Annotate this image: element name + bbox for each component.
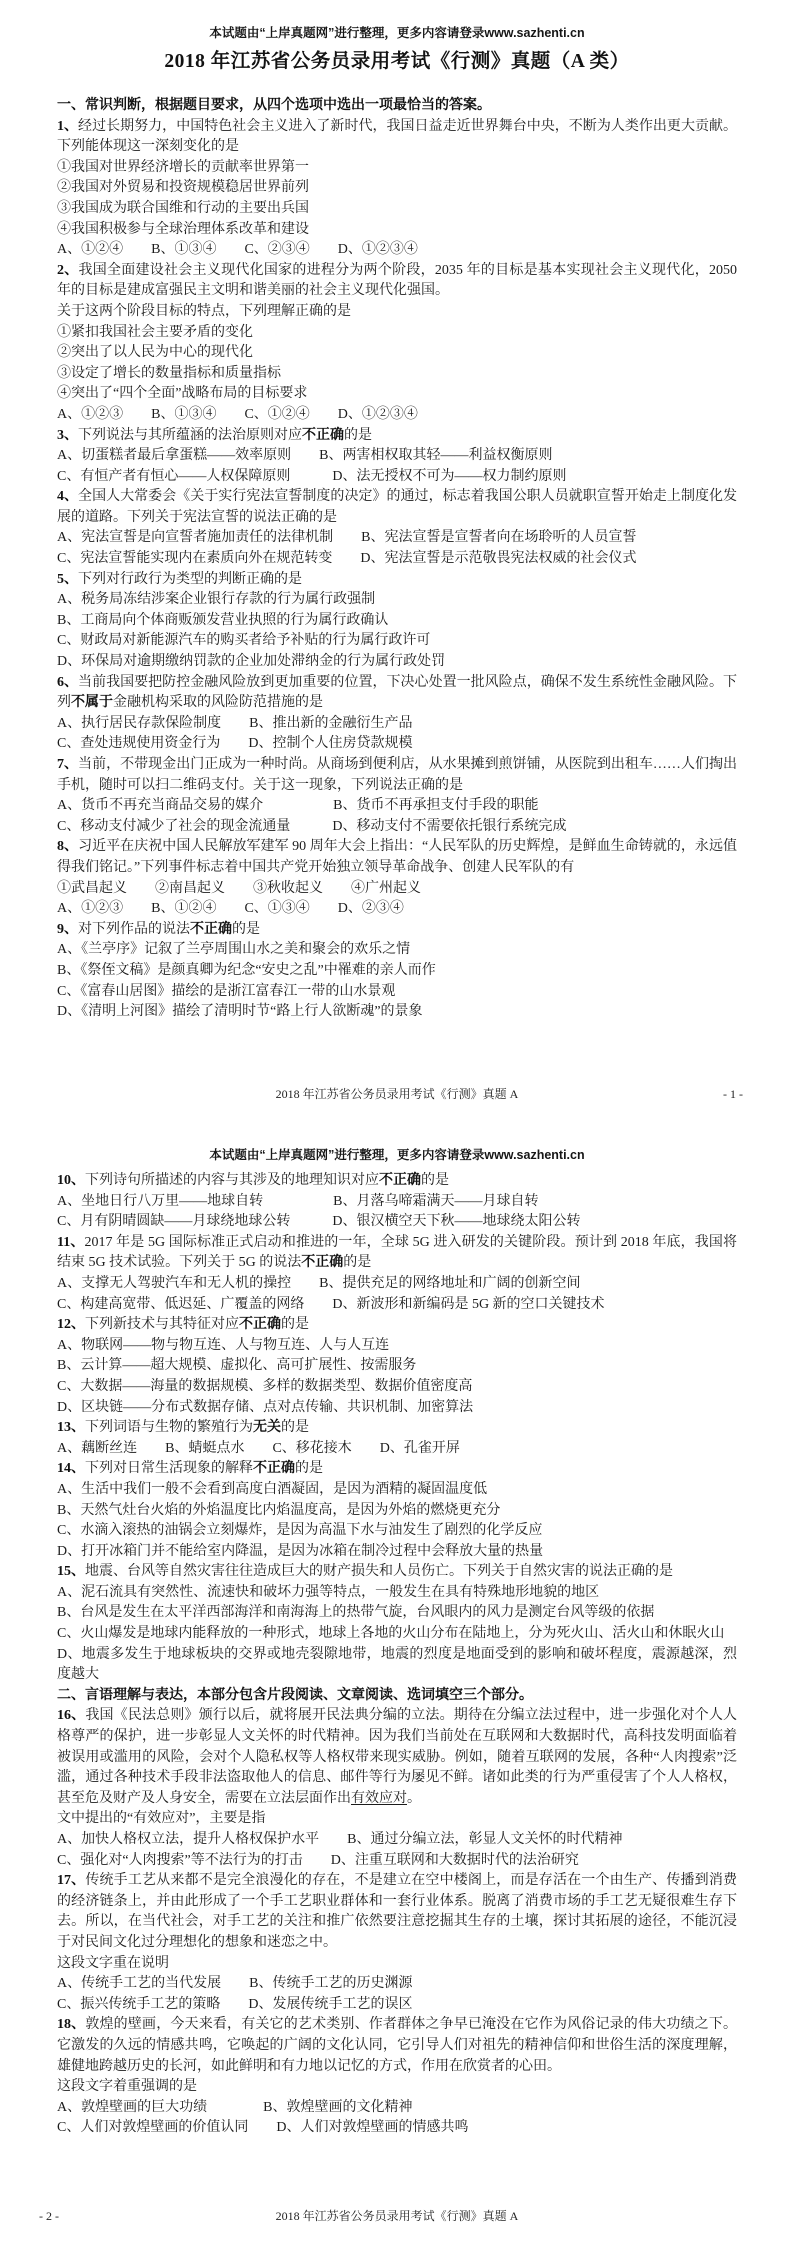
exam-document: 本试题由“上岸真题网”进行整理，更多内容请登录www.sazhenti.cn 2… [0, 0, 794, 2244]
text-segment: D、《清明上河图》描绘了清明时节“路上行人欲断魂”的景象 [57, 1004, 423, 1019]
text-segment: B、工商局向个体商贩颁发营业执照的行为属行政确认 [57, 613, 388, 628]
question-line: ④我国积极参与全球治理体系改革和建设 [57, 220, 737, 241]
question-line: A、货币不再充当商品交易的媒介 B、货币不再承担支付手段的职能 [57, 796, 737, 817]
question-line: C、构建高宽带、低迟延、广覆盖的网络 D、新波形和新编码是 5G 新的空口关键技… [57, 1295, 737, 1316]
text-segment: C、构建高宽带、低迟延、广覆盖的网络 D、新波形和新编码是 5G 新的空口关键技… [57, 1297, 605, 1312]
question-line: A、支撑无人驾驶汽车和无人机的操控 B、提供充足的网络地址和广阔的创新空间 [57, 1274, 737, 1295]
page-number-1: - 1 - [723, 1087, 743, 1102]
text-segment: 下列词语与生物的繁殖行为 [85, 1420, 253, 1435]
question-line: A、藕断丝连 B、蜻蜓点水 C、移花接木 D、孔雀开屏 [57, 1439, 737, 1460]
text-segment: 不正确 [302, 428, 344, 443]
text-segment: 不属于 [71, 695, 113, 710]
text-segment: 金融机构采取的风险防范措施的是 [113, 695, 323, 710]
text-segment: 2、 [57, 263, 79, 278]
question-line: C、大数据——海量的数据规模、多样的数据类型、数据价值密度高 [57, 1377, 737, 1398]
text-segment: 关于这两个阶段目标的特点，下列理解正确的是 [57, 304, 351, 319]
text-segment: 10、 [57, 1173, 85, 1188]
text-segment: 3、 [57, 428, 78, 443]
text-segment: 12、 [57, 1317, 85, 1332]
document-title: 2018 年江苏省公务员录用考试《行测》真题（A 类） [57, 49, 737, 75]
header-note: 本试题由“上岸真题网”进行整理，更多内容请登录www.sazhenti.cn [57, 0, 737, 40]
question-line: 1、经过长期努力，中国特色社会主义进入了新时代，我国日益走近世界舞台中央，不断为… [57, 117, 737, 158]
text-segment: 我国全面建设社会主义现代化国家的进程分为两个阶段，2035 年的目标是基本实现社… [57, 263, 737, 299]
text-segment: B、云计算——超大规模、虚拟化、高可扩展性、按需服务 [57, 1358, 416, 1373]
text-segment: 13、 [57, 1420, 85, 1435]
text-segment: 17、 [57, 1873, 85, 1888]
text-segment: D、区块链——分布式数据存储、点对点传输、共识机制、加密算法 [57, 1400, 473, 1415]
question-line: 8、习近平在庆祝中国人民解放军建军 90 周年大会上指出：“人民军队的历史辉煌，… [57, 837, 737, 878]
text-segment: 的是 [281, 1420, 309, 1435]
page-number-2: - 2 - [39, 2209, 59, 2224]
text-segment: 14、 [57, 1461, 85, 1476]
footer-title: 2018 年江苏省公务员录用考试《行测》真题 A [276, 2209, 519, 2223]
text-segment: 当前，不带现金出门正成为一种时尚。从商场到便利店，从水果摊到煎饼铺，从医院到出租… [57, 757, 737, 793]
text-segment: 1、 [57, 119, 78, 134]
question-line: A、《兰亭序》记叙了兰亭周围山水之美和聚会的欢乐之情 [57, 940, 737, 961]
text-segment: ②我国对外贸易和投资规模稳居世界前列 [57, 180, 309, 195]
text-segment: C、大数据——海量的数据规模、多样的数据类型、数据价值密度高 [57, 1379, 472, 1394]
text-segment: D、打开冰箱门并不能给室内降温，是因为冰箱在制冷过程中会释放大量的热量 [57, 1544, 543, 1559]
text-segment: A、泥石流具有突然性、流速快和破坏力强等特点，一般发生在具有特殊地形地貌的地区 [57, 1585, 599, 1600]
section-heading: 一、常识判断，根据题目要求，从四个选项中选出一项最恰当的答案。 [57, 96, 737, 117]
text-segment: C、强化对“人肉搜索”等不法行为的打击 D、注重互联网和大数据时代的法治研究 [57, 1853, 579, 1868]
question-line: A、宪法宣誓是向宣誓者施加责任的法律机制 B、宪法宣誓是宣誓者向在场聆听的人员宣… [57, 528, 737, 549]
text-segment: A、坐地日行八万里——地球自转 B、月落乌啼霜满天——月球自转 [57, 1194, 538, 1209]
text-segment: 7、 [57, 757, 78, 772]
text-segment: 9、 [57, 922, 78, 937]
question-line: ①我国对世界经济增长的贡献率世界第一 [57, 158, 737, 179]
text-segment: B、《祭侄文稿》是颜真卿为纪念“安史之乱”中罹难的亲人而作 [57, 963, 436, 978]
text-segment: C、移动支付减少了社会的现金流通量 D、移动支付不需要依托银行系统完成 [57, 819, 566, 834]
text-segment: ①武昌起义 ②南昌起义 ③秋收起义 ④广州起义 [57, 881, 421, 896]
question-line: 这段文字着重强调的是 [57, 2077, 737, 2098]
text-segment: 。 [407, 1791, 421, 1806]
question-line: A、传统手工艺的当代发展 B、传统手工艺的历史渊源 [57, 1974, 737, 1995]
text-segment: ②突出了以人民为中心的现代化 [57, 345, 253, 360]
question-line: ②我国对外贸易和投资规模稳居世界前列 [57, 178, 737, 199]
question-line: ②突出了以人民为中心的现代化 [57, 343, 737, 364]
question-line: A、坐地日行八万里——地球自转 B、月落乌啼霜满天——月球自转 [57, 1192, 737, 1213]
text-segment: A、传统手工艺的当代发展 B、传统手工艺的历史渊源 [57, 1976, 412, 1991]
question-line: ③我国成为联合国维和行动的主要出兵国 [57, 199, 737, 220]
question-line: 这段文字重在说明 [57, 1954, 737, 1975]
question-line: C、查处违规使用资金行为 D、控制个人住房贷款规模 [57, 734, 737, 755]
question-line: A、①②④ B、①③④ C、②③④ D、①②③④ [57, 240, 737, 261]
text-segment: 不正确 [190, 922, 232, 937]
question-line: A、税务局冻结涉案企业银行存款的行为属行政强制 [57, 590, 737, 611]
text-segment: 15、 [57, 1564, 85, 1579]
text-segment: 这段文字重在说明 [57, 1956, 169, 1971]
question-line: D、打开冰箱门并不能给室内降温，是因为冰箱在制冷过程中会释放大量的热量 [57, 1542, 737, 1563]
text-segment: 二、言语理解与表达，本部分包含片段阅读、文章阅读、选词填空三个部分。 [57, 1688, 533, 1703]
text-segment: 的是 [343, 1255, 371, 1270]
question-line: C、《富春山居图》描绘的是浙江富春江一带的山水景观 [57, 982, 737, 1003]
question-line: 18、敦煌的壁画，今天来看，有关它的艺术类别、作者群体之争早已淹没在它作为风俗记… [57, 2015, 737, 2077]
question-line: A、物联网——物与物互连、人与物互连、人与人互连 [57, 1336, 737, 1357]
text-segment: 有效应对 [351, 1791, 407, 1806]
question-line: 10、下列诗句所描述的内容与其涉及的地理知识对应不正确的是 [57, 1171, 737, 1192]
text-segment: A、①②③ B、①③④ C、①②④ D、①②③④ [57, 407, 418, 422]
text-segment: ④突出了“四个全面”战略布局的目标要求 [57, 386, 307, 401]
question-line: D、环保局对逾期缴纳罚款的企业加处滞纳金的行为属行政处罚 [57, 652, 737, 673]
question-line: A、①②③ B、①③④ C、①②④ D、①②③④ [57, 405, 737, 426]
text-segment: C、有恒产者有恒心——人权保障原则 D、法无授权不可为——权力制约原则 [57, 469, 566, 484]
question-line: A、加快人格权立法，提升人格权保护水平 B、通过分编立法，彰显人文关怀的时代精神 [57, 1830, 737, 1851]
question-line: 6、当前我国要把防控金融风险放到更加重要的位置，下决心处置一批风险点，确保不发生… [57, 673, 737, 714]
question-line: B、天然气灶台火焰的外焰温度比内焰温度高，是因为外焰的燃烧更充分 [57, 1501, 737, 1522]
question-line: D、区块链——分布式数据存储、点对点传输、共识机制、加密算法 [57, 1398, 737, 1419]
page-2-footer: - 2 - 2018 年江苏省公务员录用考试《行测》真题 A [57, 2209, 737, 2224]
question-line: 2、我国全面建设社会主义现代化国家的进程分为两个阶段，2035 年的目标是基本实… [57, 261, 737, 302]
text-segment: 习近平在庆祝中国人民解放军建军 90 周年大会上指出：“人民军队的历史辉煌，是鲜… [57, 839, 737, 875]
text-segment: B、台风是发生在太平洋西部海洋和南海海上的热带气旋，台风眼内的风力是测定台风等级… [57, 1605, 654, 1620]
text-segment: 一、常识判断，根据题目要求，从四个选项中选出一项最恰当的答案。 [57, 98, 491, 113]
question-line: C、强化对“人肉搜索”等不法行为的打击 D、注重互联网和大数据时代的法治研究 [57, 1851, 737, 1872]
text-segment: A、执行居民存款保险制度 B、推出新的金融衍生产品 [57, 716, 412, 731]
page-1: 本试题由“上岸真题网”进行整理，更多内容请登录www.sazhenti.cn 2… [0, 0, 794, 1122]
question-line: A、切蛋糕者最后拿蛋糕——效率原则 B、两害相权取其轻——利益权衡原则 [57, 446, 737, 467]
text-segment: C、财政局对新能源汽车的购买者给予补贴的行为属行政许可 [57, 633, 430, 648]
question-line: B、云计算——超大规模、虚拟化、高可扩展性、按需服务 [57, 1356, 737, 1377]
text-segment: 下列对行政行为类型的判断正确的是 [78, 572, 302, 587]
question-line: 12、下列新技术与其特征对应不正确的是 [57, 1315, 737, 1336]
text-segment: 下列对日常生活现象的解释 [85, 1461, 253, 1476]
text-segment: 6、 [57, 675, 78, 690]
page-1-inner: 本试题由“上岸真题网”进行整理，更多内容请登录www.sazhenti.cn 2… [0, 0, 794, 1023]
page-1-footer: 2018 年江苏省公务员录用考试《行测》真题 A - 1 - [57, 1087, 737, 1102]
text-segment: A、①②③ B、①②④ C、①③④ D、②③④ [57, 901, 404, 916]
text-segment: 下列诗句所描述的内容与其涉及的地理知识对应 [85, 1173, 379, 1188]
text-segment: C、振兴传统手工艺的策略 D、发展传统手工艺的误区 [57, 1997, 412, 2012]
question-line: 关于这两个阶段目标的特点，下列理解正确的是 [57, 302, 737, 323]
text-segment: 全国人大常委会《关于实行宪法宣誓制度的决定》的通过，标志着我国公职人员就职宣誓开… [57, 489, 737, 525]
text-segment: A、税务局冻结涉案企业银行存款的行为属行政强制 [57, 592, 375, 607]
text-segment: 的是 [232, 922, 260, 937]
page-2-inner: 本试题由“上岸真题网”进行整理，更多内容请登录www.sazhenti.cn 1… [0, 1122, 794, 2139]
question-line: 7、当前，不带现金出门正成为一种时尚。从商场到便利店，从水果摊到煎饼铺，从医院到… [57, 755, 737, 796]
question-line: C、月有阴晴圆缺——月球绕地球公转 D、银汉横空天下秋——地球绕太阳公转 [57, 1212, 737, 1233]
question-line: 14、下列对日常生活现象的解释不正确的是 [57, 1459, 737, 1480]
question-line: C、宪法宣誓能实现内在素质向外在规范转变 D、宪法宣誓是示范敬畏宪法权威的社会仪… [57, 549, 737, 570]
text-segment: 4、 [57, 489, 78, 504]
text-segment: 不正确 [239, 1317, 281, 1332]
text-segment: ①我国对世界经济增长的贡献率世界第一 [57, 160, 309, 175]
question-line: 11、2017 年是 5G 国际标准正式启动和推进的一年，全球 5G 进入研发的… [57, 1233, 737, 1274]
section-heading: 二、言语理解与表达，本部分包含片段阅读、文章阅读、选词填空三个部分。 [57, 1686, 737, 1707]
text-segment: C、查处违规使用资金行为 D、控制个人住房贷款规模 [57, 736, 412, 751]
text-segment: 18、 [57, 2017, 85, 2032]
question-line: C、财政局对新能源汽车的购买者给予补贴的行为属行政许可 [57, 631, 737, 652]
question-line: A、敦煌壁画的巨大功绩 B、敦煌壁画的文化精神 [57, 2098, 737, 2119]
question-line: A、执行居民存款保险制度 B、推出新的金融衍生产品 [57, 714, 737, 735]
text-segment: A、货币不再充当商品交易的媒介 B、货币不再承担支付手段的职能 [57, 798, 538, 813]
text-segment: ④我国积极参与全球治理体系改革和建设 [57, 222, 309, 237]
text-segment: ①紧扣我国社会主要矛盾的变化 [57, 325, 253, 340]
question-line: ④突出了“四个全面”战略布局的目标要求 [57, 384, 737, 405]
text-segment: C、人们对敦煌壁画的价值认同 D、人们对敦煌壁画的情感共鸣 [57, 2120, 468, 2135]
text-segment: 16、 [57, 1708, 85, 1723]
text-segment: 地震、台风等自然灾害往往造成巨大的财产损失和人员伤亡。下列关于自然灾害的说法正确… [85, 1564, 673, 1579]
text-segment: 文中提出的“有效应对”，主要是指 [57, 1811, 265, 1826]
text-segment: D、地震多发生于地球板块的交界或地壳裂隙地带，地震的烈度是地面受到的影响和破坏程… [57, 1647, 737, 1683]
text-segment: 的是 [344, 428, 372, 443]
text-segment: D、环保局对逾期缴纳罚款的企业加处滞纳金的行为属行政处罚 [57, 654, 445, 669]
question-line: 文中提出的“有效应对”，主要是指 [57, 1809, 737, 1830]
text-segment: A、支撑无人驾驶汽车和无人机的操控 B、提供充足的网络地址和广阔的创新空间 [57, 1276, 580, 1291]
text-segment: 的是 [281, 1317, 309, 1332]
text-segment: ③设定了增长的数量指标和质量指标 [57, 366, 281, 381]
question-line: C、水滴入滚热的油锅会立刻爆炸，是因为高温下水与油发生了剧烈的化学反应 [57, 1521, 737, 1542]
text-segment: A、藕断丝连 B、蜻蜓点水 C、移花接木 D、孔雀开屏 [57, 1441, 460, 1456]
text-segment: 无关 [253, 1420, 281, 1435]
text-segment: 的是 [421, 1173, 449, 1188]
question-line: 17、传统手工艺从来都不是完全浪漫化的存在，不是建立在空中楼阁上，而是存活在一个… [57, 1871, 737, 1953]
text-segment: 不正确 [379, 1173, 421, 1188]
question-line: C、移动支付减少了社会的现金流通量 D、移动支付不需要依托银行系统完成 [57, 817, 737, 838]
page-2-content: 10、下列诗句所描述的内容与其涉及的地理知识对应不正确的是A、坐地日行八万里——… [57, 1171, 737, 2139]
text-segment: 敦煌的壁画，今天来看，有关它的艺术类别、作者群体之争早已淹没在它作为风俗记录的伟… [57, 2017, 737, 2073]
text-segment: A、敦煌壁画的巨大功绩 B、敦煌壁画的文化精神 [57, 2100, 412, 2115]
question-line: 3、下列说法与其所蕴涵的法治原则对应不正确的是 [57, 426, 737, 447]
question-line: A、泥石流具有突然性、流速快和破坏力强等特点，一般发生在具有特殊地形地貌的地区 [57, 1583, 737, 1604]
text-segment: 11、 [57, 1235, 85, 1250]
text-segment: C、《富春山居图》描绘的是浙江富春江一带的山水景观 [57, 984, 395, 999]
question-line: B、工商局向个体商贩颁发营业执照的行为属行政确认 [57, 611, 737, 632]
text-segment: C、月有阴晴圆缺——月球绕地球公转 D、银汉横空天下秋——地球绕太阳公转 [57, 1214, 580, 1229]
question-line: 4、全国人大常委会《关于实行宪法宣誓制度的决定》的通过，标志着我国公职人员就职宣… [57, 487, 737, 528]
text-segment: C、宪法宣誓能实现内在素质向外在规范转变 D、宪法宣誓是示范敬畏宪法权威的社会仪… [57, 551, 636, 566]
question-line: 5、下列对行政行为类型的判断正确的是 [57, 570, 737, 591]
question-line: C、有恒产者有恒心——人权保障原则 D、法无授权不可为——权力制约原则 [57, 467, 737, 488]
question-line: 13、下列词语与生物的繁殖行为无关的是 [57, 1418, 737, 1439]
text-segment: 传统手工艺从来都不是完全浪漫化的存在，不是建立在空中楼阁上，而是存活在一个由生产… [57, 1873, 737, 1950]
text-segment: 8、 [57, 839, 78, 854]
question-line: 15、地震、台风等自然灾害往往造成巨大的财产损失和人员伤亡。下列关于自然灾害的说… [57, 1562, 737, 1583]
header-note: 本试题由“上岸真题网”进行整理，更多内容请登录www.sazhenti.cn [57, 1122, 737, 1162]
text-segment: 下列新技术与其特征对应 [85, 1317, 239, 1332]
text-segment: 不正确 [301, 1255, 343, 1270]
question-line: A、生活中我们一般不会看到高度白酒凝固，是因为酒精的凝固温度低 [57, 1480, 737, 1501]
text-segment: 不正确 [253, 1461, 295, 1476]
question-line: ③设定了增长的数量指标和质量指标 [57, 364, 737, 385]
text-segment: A、物联网——物与物互连、人与物互连、人与人互连 [57, 1338, 389, 1353]
text-segment: 2017 年是 5G 国际标准正式启动和推进的一年，全球 5G 进入研发的关键阶… [57, 1235, 737, 1271]
question-line: 9、对下列作品的说法不正确的是 [57, 920, 737, 941]
question-line: D、《清明上河图》描绘了清明时节“路上行人欲断魂”的景象 [57, 1002, 737, 1023]
text-segment: A、①②④ B、①③④ C、②③④ D、①②③④ [57, 242, 418, 257]
question-line: C、振兴传统手工艺的策略 D、发展传统手工艺的误区 [57, 1995, 737, 2016]
text-segment: 对下列作品的说法 [78, 922, 190, 937]
question-line: 16、我国《民法总则》颁行以后，就将展开民法典分编的立法。期待在分编立法过程中，… [57, 1706, 737, 1809]
question-line: D、地震多发生于地球板块的交界或地壳裂隙地带，地震的烈度是地面受到的影响和破坏程… [57, 1645, 737, 1686]
question-line: A、①②③ B、①②④ C、①③④ D、②③④ [57, 899, 737, 920]
footer-title: 2018 年江苏省公务员录用考试《行测》真题 A [276, 1087, 519, 1101]
text-segment: 5、 [57, 572, 78, 587]
page-1-content: 一、常识判断，根据题目要求，从四个选项中选出一项最恰当的答案。1、经过长期努力，… [57, 96, 737, 1023]
text-segment: B、天然气灶台火焰的外焰温度比内焰温度高，是因为外焰的燃烧更充分 [57, 1503, 500, 1518]
question-line: ①武昌起义 ②南昌起义 ③秋收起义 ④广州起义 [57, 879, 737, 900]
text-segment: A、《兰亭序》记叙了兰亭周围山水之美和聚会的欢乐之情 [57, 942, 410, 957]
text-segment: C、火山爆发是地球内能释放的一种形式，地球上各地的火山分布在陆地上，分为死火山、… [57, 1626, 724, 1641]
text-segment: 下列说法与其所蕴涵的法治原则对应 [78, 428, 302, 443]
text-segment: 的是 [295, 1461, 323, 1476]
text-segment: A、切蛋糕者最后拿蛋糕——效率原则 B、两害相权取其轻——利益权衡原则 [57, 448, 552, 463]
question-line: C、人们对敦煌壁画的价值认同 D、人们对敦煌壁画的情感共鸣 [57, 2118, 737, 2139]
text-segment: A、生活中我们一般不会看到高度白酒凝固，是因为酒精的凝固温度低 [57, 1482, 487, 1497]
question-line: B、《祭侄文稿》是颜真卿为纪念“安史之乱”中罹难的亲人而作 [57, 961, 737, 982]
question-line: B、台风是发生在太平洋西部海洋和南海海上的热带气旋，台风眼内的风力是测定台风等级… [57, 1603, 737, 1624]
text-segment: 经过长期努力，中国特色社会主义进入了新时代，我国日益走近世界舞台中央，不断为人类… [57, 119, 737, 155]
text-segment: 这段文字着重强调的是 [57, 2079, 197, 2094]
page-2: 本试题由“上岸真题网”进行整理，更多内容请登录www.sazhenti.cn 1… [0, 1122, 794, 2244]
question-line: C、火山爆发是地球内能释放的一种形式，地球上各地的火山分布在陆地上，分为死火山、… [57, 1624, 737, 1645]
text-segment: ③我国成为联合国维和行动的主要出兵国 [57, 201, 309, 216]
text-segment: A、加快人格权立法，提升人格权保护水平 B、通过分编立法，彰显人文关怀的时代精神 [57, 1832, 622, 1847]
text-segment: A、宪法宣誓是向宣誓者施加责任的法律机制 B、宪法宣誓是宣誓者向在场聆听的人员宣… [57, 530, 636, 545]
text-segment: C、水滴入滚热的油锅会立刻爆炸，是因为高温下水与油发生了剧烈的化学反应 [57, 1523, 542, 1538]
question-line: ①紧扣我国社会主要矛盾的变化 [57, 323, 737, 344]
